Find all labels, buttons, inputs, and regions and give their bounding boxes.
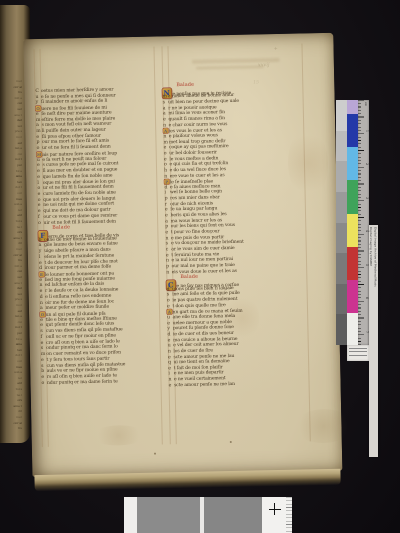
grayscale-scale <box>336 100 347 345</box>
color-patch <box>347 313 358 345</box>
champ-initial: A <box>167 309 172 314</box>
text-column-2: BaladeNe penſas pas que ie recissema nim… <box>162 80 314 388</box>
grayscale-segment <box>124 497 137 533</box>
champ-initial: E <box>39 272 44 277</box>
ink-fleck <box>154 453 156 455</box>
color-patch <box>347 280 358 313</box>
book-block: + xxvij 15 Coetus mien nier herſdire y a… <box>23 33 342 491</box>
color-patch <box>347 180 358 214</box>
gray-patch <box>336 314 347 345</box>
grayscale-segment <box>137 497 200 533</box>
verse-line: ondur punitq er ma dame ſerin te <box>41 378 163 386</box>
gray-patch <box>336 192 347 223</box>
gray-patch <box>336 161 347 192</box>
line-text: ndur punitq er ma dame ſerin te <box>47 379 118 386</box>
gray-patch <box>336 253 347 284</box>
gray-patch <box>336 100 347 131</box>
bottom-grayscale-target <box>124 497 292 533</box>
card-foot-mark <box>349 351 367 352</box>
ruler-major-ticks <box>358 100 364 345</box>
color-patch <box>347 100 358 114</box>
gray-patch <box>336 284 347 315</box>
color-patch <box>347 214 358 247</box>
champ-initial: O <box>40 312 45 317</box>
manuscript-page: + xxvij 15 Coetus mien nier herſdire y a… <box>23 33 342 477</box>
gray-patch <box>336 223 347 254</box>
credit-line-2: Digital Image Archive of Medieval Music <box>373 227 377 287</box>
champ-initial: A <box>163 129 168 134</box>
micro-ruler-ticks <box>286 497 292 533</box>
color-patch <box>347 147 358 180</box>
card-foot-mark <box>349 355 367 356</box>
champ-initial: P <box>164 179 169 184</box>
calibration-card-foot <box>347 345 369 361</box>
color-patch <box>347 247 358 280</box>
credit-strip: Digital imaging by DIAMM Digital Image A… <box>369 225 378 457</box>
ruler-number: 3 <box>363 197 369 199</box>
parchment-stain <box>293 408 354 443</box>
ruler-number: 1 <box>363 130 369 132</box>
ruler-unit-label: cm <box>364 102 367 106</box>
folio-number: xxvij <box>258 62 270 68</box>
line-text: ere voue te cuer et les as <box>170 173 225 180</box>
registration-cross-icon <box>269 509 281 510</box>
bleedthrough-ghost <box>196 65 264 69</box>
facing-page-text-fragment: tre <box>0 426 22 432</box>
ruler: cm 1234567 <box>358 100 369 345</box>
color-calibration-strip: cm 1234567 Digital imaging by DIAMM Digi… <box>336 100 378 362</box>
gray-patch <box>336 131 347 162</box>
ink-fleck <box>230 441 232 443</box>
color-patch <box>347 114 358 147</box>
folio-cross-mark: + <box>273 46 277 52</box>
photograph-stage: meronr altremlt eouiserane rderuoipre sm… <box>0 0 400 533</box>
line-text: scte amour penſe ne me lan <box>174 382 235 389</box>
ruler-number: 2 <box>363 163 369 165</box>
text-column-1: Coetus mien nier herſdire y amourue ſe n… <box>35 86 163 386</box>
champ-initial: M <box>37 152 42 157</box>
grayscale-segment <box>204 497 262 533</box>
champ-initial: O <box>36 106 41 111</box>
color-scale <box>347 100 358 345</box>
parchment-stain <box>91 425 145 446</box>
card-foot-mark <box>349 348 367 349</box>
